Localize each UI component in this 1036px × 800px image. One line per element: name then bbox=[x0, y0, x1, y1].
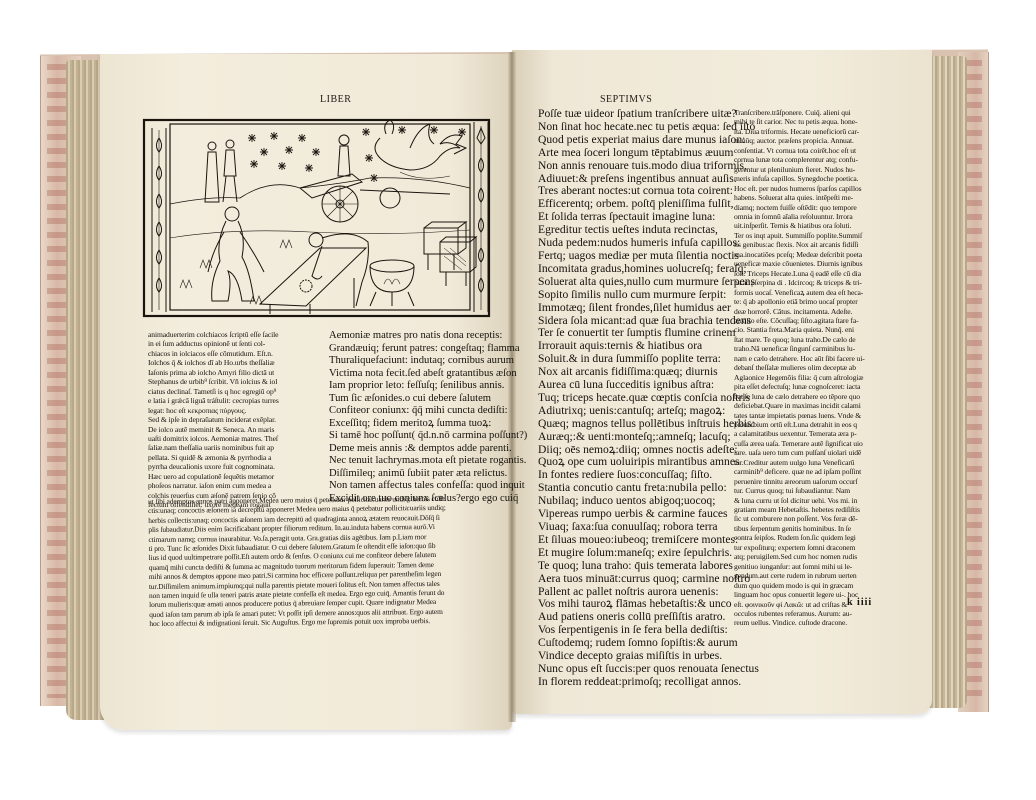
text-line: gendum.aut certe rudem in rubrum uerten bbox=[734, 571, 934, 580]
kneeling-figure-icon bbox=[208, 207, 264, 301]
text-line: lare. uaſa uero tum cum pulſanſ uiolari … bbox=[734, 448, 934, 457]
text-line: deæ horrorē. Cātus. incitamenta. Adeſte. bbox=[734, 307, 934, 316]
verse-line: Confiteor coniunx: q̄q̄ mihi cuncta dedi… bbox=[329, 405, 509, 418]
text-line: conſentiat. Vt cornua tota coirēt.hoc eſ… bbox=[734, 146, 934, 155]
text-line: gratiam meam Hebetaſtis. hebetes rediſiſ… bbox=[734, 505, 934, 514]
verse-line: Si tamē hoc poſſunt( q̄d.n.nō carmina po… bbox=[329, 430, 509, 443]
text-line: & luna curru ut ſol dicitur uehi. Vos mi… bbox=[734, 496, 934, 505]
woodcut-frame bbox=[144, 120, 489, 316]
text-line: ſta. Diua triformis. Hecate ueneficiorū … bbox=[734, 127, 934, 136]
text-line: linguam hoc opus conuertit legere ui-. h… bbox=[734, 590, 934, 599]
left-verse-column: Aemoniæ matres pro natis dona receptis: … bbox=[329, 330, 509, 505]
text-line: prouerbium ortū eſt.Luna detrahit in eos… bbox=[734, 420, 934, 429]
text-line: Stephanus de urbib⁹ ſcribit. Vñ iolcius … bbox=[148, 377, 328, 386]
verse-line: Quæq; magnos tellus pollētibus inſtruis … bbox=[538, 418, 738, 431]
verse-line: Non ſinat hoc hecate.nec tu petis æqua: … bbox=[538, 121, 738, 134]
text-line: formis uocaſ. Veneficaꝝ autem dea eſt he… bbox=[734, 288, 934, 297]
text-line: tur. Currus quoq; tui ſubaudiantur. Nam bbox=[734, 486, 934, 495]
text-line: e latia i grǽcā liguā tráſtulit: cecropi… bbox=[148, 396, 328, 405]
verse-line: Non annis renouare tuis.modo diua trifor… bbox=[538, 160, 738, 173]
text-line: uaſti domitrix iolcos. Aemoniæ matres. T… bbox=[148, 434, 328, 443]
text-line: diamq; noctem fuiſſe oſtēdit: quo tempor… bbox=[734, 203, 934, 212]
text-line: animaduerterim colchiacos ſcriptū eſſe ſ… bbox=[148, 330, 328, 339]
text-line: tates tantæ impietatis pœnas luens. Vnde… bbox=[734, 411, 934, 420]
verse-line: Et mugire ſolum:maneſq; exire ſepulchris… bbox=[538, 547, 738, 560]
text-line: ſoli. Triceps Hecate.Luna q̄ eadē eſſe c… bbox=[734, 269, 934, 278]
text-line: auxilio eſte. Cōcuſſaq; ſiſto.agitata ſt… bbox=[734, 316, 934, 325]
text-line: ſtat mare. Te quoq; luna traho.De cælo d… bbox=[734, 335, 934, 344]
text-line: uit.inſperſit. Ternis & hiatibus ora ſol… bbox=[734, 221, 934, 230]
verse-line: In florem reddeat:primoſq; recolligat an… bbox=[538, 676, 738, 689]
signature-mark: k iiii bbox=[847, 597, 872, 608]
text-line: ciatus declinaſ. Tametſi is q hoc egregi… bbox=[148, 387, 328, 396]
text-line: Iaſonis prima ab iolcho Amyri filio dict… bbox=[148, 368, 328, 377]
open-book-photograph: LIBER SEPTIMVS bbox=[0, 0, 1036, 800]
text-line: cuſſa ærea uaſa. Temerare autē ſignifica… bbox=[734, 439, 934, 448]
text-line: na.ac pſerpina di . Idcircoq; & triceps … bbox=[734, 278, 934, 287]
text-line: tibus ſerpentum genitis hominibus. In ſe bbox=[734, 524, 934, 533]
text-line: debanſ theſſalæ mulieres olim deceptæ ab bbox=[734, 363, 934, 372]
verse-line: Et ſiluas moueo:iubeoq; tremiſcere monte… bbox=[538, 534, 738, 547]
verse-line: Non tamen affectus tales confeſſa: quod … bbox=[329, 480, 509, 493]
text-line: Aglaonice Hegemōis filia: q̄ cum aſtrolo… bbox=[734, 373, 934, 382]
text-line: tur expoſiturq; expertem ſomni draconem bbox=[734, 543, 934, 552]
text-line: habens. Soluerat alta quies. intēpeſti m… bbox=[734, 193, 934, 202]
verse-line: Deme meis annis :& demptos adde parenti. bbox=[329, 443, 509, 456]
stars-icon bbox=[248, 126, 466, 182]
text-line: deficiebat.Quare in maximas incidit cala… bbox=[734, 401, 934, 410]
text-line: mihi te ſit carior. Nec tu petis æqua. h… bbox=[734, 117, 934, 126]
verse-line: Nunc opus eſt ſuccis:per quos renouata ſ… bbox=[538, 663, 738, 676]
verse-line: Viuaq; ſaxa:ſua conuulſaq; robora terra bbox=[538, 521, 738, 534]
text-line: Iolchos q̄ & iolchos dī ab Ho.urbs theſſ… bbox=[148, 358, 328, 367]
text-line: genitiuo iunganſur: aut ſomni mihi ui le… bbox=[734, 562, 934, 571]
text-line: nam e cælo detrahere. Hoc aūt ſibi facer… bbox=[734, 354, 934, 363]
text-line: ſis genibus:ac flexis. Nox ait arcanis f… bbox=[734, 240, 934, 249]
bending-figure-icon bbox=[260, 233, 368, 314]
text-line: a calamitatibus uexentur. Temerata æra p… bbox=[734, 429, 934, 438]
verse-line: Diſſimileq; animū ſubiit pater æta relic… bbox=[329, 468, 509, 481]
text-line: occulos rubentes referamus. Aurum: au- bbox=[734, 609, 934, 618]
verse-line: Adiutrixq; uenis:cantuſq; arteſq; magoꝝ: bbox=[538, 405, 738, 418]
verse-line: Aera tuos minuāt:currus quoq; carmine no… bbox=[538, 573, 738, 586]
text-line: traho.Nā ueneficæ ſingunſ carminibus lu- bbox=[734, 344, 934, 353]
text-line: Tranſcribere.trāſponere. Cuiq̄. alieni q… bbox=[734, 108, 934, 117]
text-line: ſaliæ.nam theſſalia uariis nominibus fui… bbox=[148, 443, 328, 452]
text-line: contra ſeipſos. Rudem ſon.ſic quidem leg… bbox=[734, 533, 934, 542]
text-line: ſic ut comburere non poſſent. Vos feræ d… bbox=[734, 514, 934, 523]
verse-line: Victima nota fecit.ſed abeſt gratantibus… bbox=[329, 368, 509, 381]
dragons-icon bbox=[375, 120, 466, 178]
text-line: peruenire tinnitu æreorum uaſorum occurſ bbox=[734, 477, 934, 486]
cauldron-icon bbox=[370, 260, 414, 306]
text-line: in ei ſum adductus opinionē ut ſenti col… bbox=[148, 339, 328, 348]
text-line: pyrrha deucalionis uxore fuit cognominat… bbox=[148, 462, 328, 471]
text-line: te: q̄ ab apollonio etiā brimo uocaſ pro… bbox=[734, 297, 934, 306]
text-line: gerentur ut plenilunium fieret. Nudos hu… bbox=[734, 165, 934, 174]
text-line: Sed & ipſe in depraūatum inciderat exēpl… bbox=[148, 415, 328, 424]
verse-line: Tum ſic æſonides.o cui debere ſalutem bbox=[329, 393, 509, 406]
verse-line: Thuraliquefaciunt: indutaq; cornibus aur… bbox=[329, 355, 509, 368]
text-line: legat: hoc eſt κεκροπιας πύργους. bbox=[148, 406, 328, 415]
verse-line: Te quoq; luna traho: q̄uis temerata labo… bbox=[538, 560, 738, 573]
verse-line: Aurea cū luna ſucceditis ignibus aſtra: bbox=[538, 379, 738, 392]
foliate-border-left-icon bbox=[152, 128, 166, 312]
text-line: reum uellus. Vindice. cuſtode dracone. bbox=[734, 618, 934, 627]
verse-line: Soluerat alta quies,nullo cum murmure ſe… bbox=[538, 276, 738, 289]
verse-line: Incomitata gradus,homines uolucreſq; fer… bbox=[538, 263, 738, 276]
text-line: meris infuſa capillos. Synegdoche poetic… bbox=[734, 174, 934, 183]
text-line: bat ſe luna de cælo detrahere eo tēpore … bbox=[734, 392, 934, 401]
foliate-border-right-icon bbox=[474, 122, 488, 312]
verse-line: Tuq; triceps hecate.quæ cœptis conſcia n… bbox=[538, 392, 738, 405]
verse-line: Auræq;:& uenti:monteſq;:amneſq; lacuſq; bbox=[538, 431, 738, 444]
text-line: Hoc eſt. per nudos humeros ſparſos capil… bbox=[734, 184, 934, 193]
text-line: minūq; auctor. præſens propicia. Annuat. bbox=[734, 136, 934, 145]
standing-figures-icon bbox=[205, 140, 237, 202]
verse-line: Poſſe tuæ uideor ſpatium tranſcribere ui… bbox=[538, 108, 738, 121]
text-line: dum quo quidem modo is qui in græcam bbox=[734, 581, 934, 590]
verse-line: Grandæuiq; ferunt patres: congeſtaq; fla… bbox=[329, 343, 509, 356]
text-line: cio. Stantia freta.Maria quieta. Nunq̄. … bbox=[734, 325, 934, 334]
verse-line: Iam proprior leto: feſſuſq; ſenilibus an… bbox=[329, 380, 509, 393]
text-line: phoſeos narratur. iaſon enim cum medea a bbox=[148, 481, 328, 490]
text-line: eſt. φοινικοῦν φὶ Λακῶ: ut ad criſtas & bbox=[734, 600, 934, 609]
running-head-left: LIBER bbox=[320, 94, 351, 105]
verse-line: Nec tenuit lachrymas.mota eſt pietate ro… bbox=[329, 455, 509, 468]
text-line: tur.Creditur autem uulgo luna Veneficarū bbox=[734, 458, 934, 467]
running-head-right: SEPTIMVS bbox=[600, 94, 652, 105]
text-line: ma.inocatiōes pceſq; Medeæ deſcribit poe… bbox=[734, 250, 934, 259]
verse-line: Aemoniæ matres pro natis dona receptis: bbox=[329, 330, 509, 343]
text-line: pita eſſet defectuſq; lunæ cognoſceret: … bbox=[734, 382, 934, 391]
text-line: De iolco autē meminit & Seneca. An maris bbox=[148, 425, 328, 434]
verse-line: Quod petis experiat maius dare munus iaſ… bbox=[538, 134, 738, 147]
text-line: omnia in ſomnū aīalia reſoluuntur. Irror… bbox=[734, 212, 934, 221]
text-line: cornua lunæ tota complerentur atq; confu… bbox=[734, 155, 934, 164]
verse-line: Exceſſitq; fidem meritoꝝ ſumma tuoꝝ: bbox=[329, 418, 509, 431]
left-wide-commentary: ut ſibi ademptos annos patri apponeret.M… bbox=[148, 493, 521, 629]
text-line: carminib⁹ deficere. quæ ne ad ipſam poſſ… bbox=[734, 467, 934, 476]
text-line: chiacos in iolciacos eſſe cōmutidum. Eſt… bbox=[148, 349, 328, 358]
right-commentary-column: Tranſcribere.trāſponere. Cuiq̄. alieni q… bbox=[734, 108, 934, 628]
verse-line: Sopito ſimilis nullo cum murmure ſerpit: bbox=[538, 289, 738, 302]
right-verse-column: Poſſe tuæ uideor ſpatium tranſcribere ui… bbox=[538, 108, 738, 689]
text-line: pellata. Si quidē & æmonia & pyrrhodia a bbox=[148, 453, 328, 462]
text-line: Hæc uero ad copulationē ſequētis metamor bbox=[148, 472, 328, 481]
verse-line: Fertq; uagos mediæ per muta ſilentia noc… bbox=[538, 250, 738, 263]
text-line: atq; peruigilem.Sed cum hoc nomen rudis bbox=[734, 552, 934, 561]
verse-line: Arte mea ſoceri longum tēptabimus æuum bbox=[538, 147, 738, 160]
text-line: Ter os inqt apuit. Summiſſo poplite.Summ… bbox=[734, 231, 934, 240]
woodcut-illustration bbox=[140, 108, 510, 318]
text-line: ueneficæ maxie cōuenietes. Diurnis ignib… bbox=[734, 259, 934, 268]
verse-line: Immotæq; ſilent frondes,ſilet humidus ae… bbox=[538, 302, 738, 315]
left-commentary-column: animaduerterim colchiacos ſcriptū eſſe ſ… bbox=[148, 330, 328, 510]
